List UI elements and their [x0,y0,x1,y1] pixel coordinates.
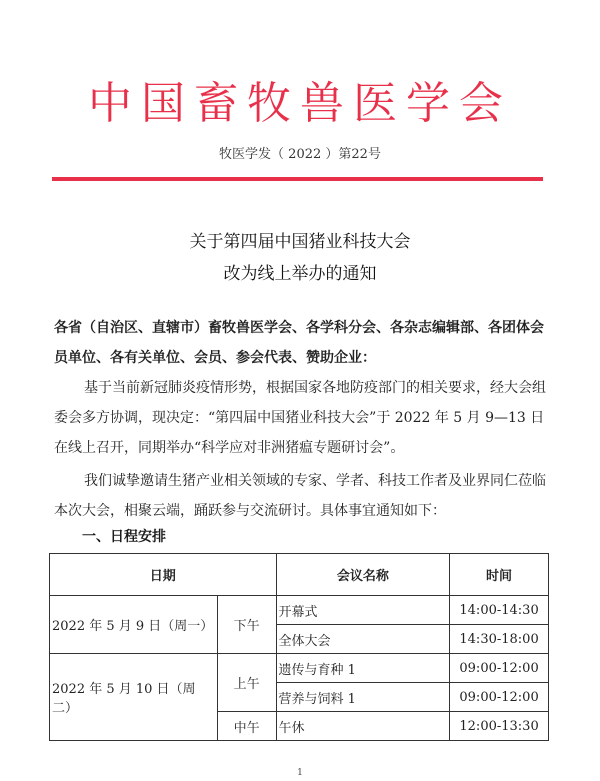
page-number: 1 [0,768,600,778]
period-cell: 上午 [217,654,276,712]
red-divider [52,177,543,181]
session-time-cell: 12:00-13:30 [450,712,549,741]
header-time: 时间 [450,554,549,596]
paragraph-decision: 基于当前新冠肺炎疫情形势，根据国家各地防疫部门的相关要求，经大会组委会多方协调，… [54,373,554,463]
session-time-cell: 09:00-12:00 [450,654,549,683]
date-cell: 2022 年 5 月 10 日（周二） [50,654,218,741]
header-session-name: 会议名称 [276,554,450,596]
session-time-cell: 14:30-18:00 [450,625,549,654]
paragraph-invitation: 我们诚挚邀请生猪产业相关领域的专家、学者、科技工作者及业界同仁莅临本次大会，相聚… [54,466,554,526]
notice-title-line1: 关于第四届中国猪业科技大会 [0,230,600,254]
table-header-row: 日期 会议名称 时间 [50,554,549,596]
table-row: 2022 年 5 月 10 日（周二） 上午 遗传与育种 1 09:00-12:… [50,654,549,683]
section-heading-schedule: 一、日程安排 [82,525,166,549]
session-time-cell: 14:00-14:30 [450,596,549,625]
period-cell: 中午 [217,712,276,741]
session-time-cell: 09:00-12:00 [450,683,549,712]
period-cell: 下午 [217,596,276,654]
session-name-cell: 开幕式 [276,596,450,625]
session-name-cell: 全体大会 [276,625,450,654]
notice-title-line2: 改为线上举办的通知 [0,262,600,286]
session-name-cell: 营养与饲料 1 [276,683,450,712]
document-number: 牧医学发（ 2022 ）第22号 [0,146,600,164]
organization-title: 中国畜牧兽医学会 [0,76,600,132]
schedule-table: 日期 会议名称 时间 2022 年 5 月 9 日（周一） 下午 开幕式 14:… [49,553,549,741]
addressee: 各省（自治区、直辖市）畜牧兽医学会、各学科分会、各杂志编辑部、各团体会员单位、各… [54,313,554,373]
date-cell: 2022 年 5 月 9 日（周一） [50,596,218,654]
session-name-cell: 遗传与育种 1 [276,654,450,683]
header-date: 日期 [50,554,277,596]
session-name-cell: 午休 [276,712,450,741]
table-row: 2022 年 5 月 9 日（周一） 下午 开幕式 14:00-14:30 [50,596,549,625]
